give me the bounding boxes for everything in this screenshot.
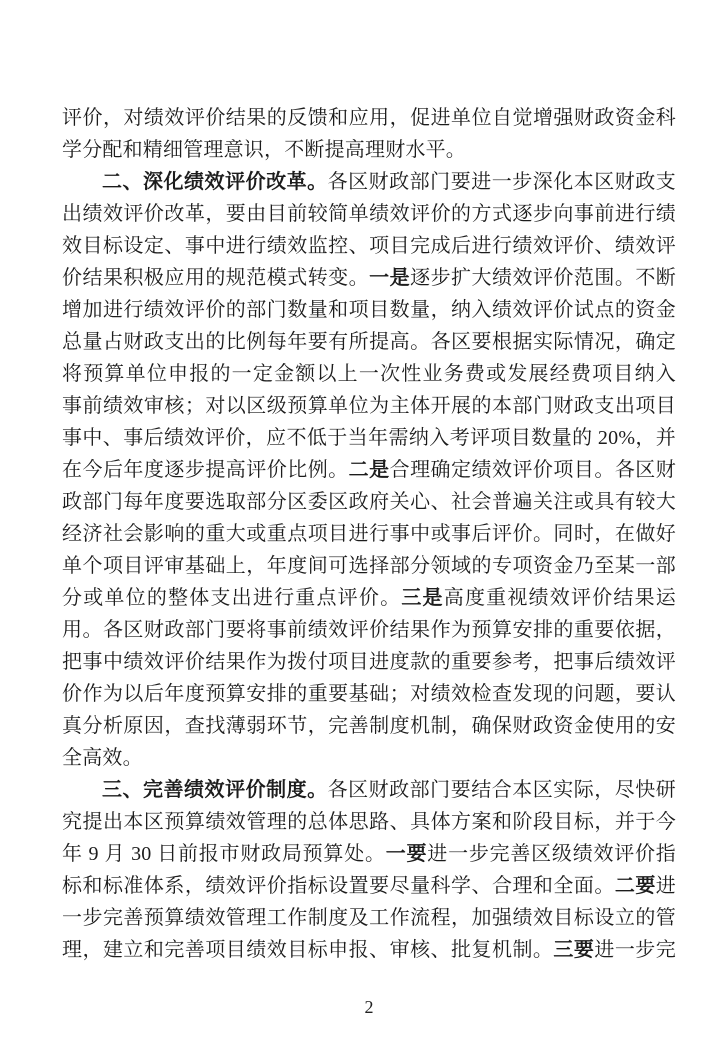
text-line: 评价，对绩效评价结果的反馈和应用，促进单位自觉增强财政资金科 [62,102,676,134]
text-line: 事中、事后绩效评价，应不低于当年需纳入考评项目数量的 20%，并 [62,422,676,454]
text-line: 二、深化绩效评价改革。各区财政部门要进一步深化本区财政支 [62,166,676,198]
text-line: 将预算单位申报的一定金额以上一次性业务费或发展经费项目纳入 [62,358,676,390]
text-line: 把事中绩效评价结果作为拨付项目进度款的重要参考，把事后绩效评 [62,646,676,678]
body-text: 全高效。 [62,747,143,769]
text-line: 三、完善绩效评价制度。各区财政部门要结合本区实际，尽快研 [62,774,676,806]
emphasis-text: 三要 [553,939,594,961]
text-line: 单个项目评审基础上，年度间可选择部分领域的专项资金乃至某一部 [62,550,676,582]
body-text: 进一步完善区级绩效评价指 [427,843,676,865]
body-text: 合理确定绩效评价项目。各区财 [390,459,676,481]
body-text: 年 9 月 30 日前报市财政局预算处。 [62,843,386,865]
emphasis-text: 二、深化绩效评价改革。 [102,171,328,193]
text-line: 真分析原因，查找薄弱环节，完善制度机制，确保财政资金使用的安 [62,710,676,742]
body-text: 高度重视绩效评价结果运 [444,587,676,609]
body-text: 进 [656,875,676,897]
body-text: 将预算单位申报的一定金额以上一次性业务费或发展经费项目纳入 [62,363,676,385]
body-text: 事中、事后绩效评价，应不低于当年需纳入考评项目数量的 20%，并 [62,427,676,449]
body-text: 用。各区财政部门要将事前绩效评价结果作为预算安排的重要依据， [62,619,676,641]
body-text: 进一步完 [594,939,676,961]
body-text: 评价，对绩效评价结果的反馈和应用，促进单位自觉增强财政资金科 [62,107,676,129]
text-line: 增加进行绩效评价的部门数量和项目数量，纳入绩效评价试点的资金 [62,294,676,326]
body-text: 增加进行绩效评价的部门数量和项目数量，纳入绩效评价试点的资金 [62,299,676,321]
body-text: 总量占财政支出的比例每年要有所提高。各区要根据实际情况，确定 [62,331,676,353]
emphasis-text: 三是 [401,587,443,609]
text-line: 经济社会影响的重大或重点项目进行事中或事后评价。同时，在做好 [62,518,676,550]
text-line: 事前绩效审核；对以区级预算单位为主体开展的本部门财政支出项目 [62,390,676,422]
emphasis-text: 二要 [615,875,656,897]
document-page: 评价，对绩效评价结果的反馈和应用，促进单位自觉增强财政资金科学分配和精细管理意识… [0,0,718,1047]
body-text: 价作为以后年度预算安排的重要基础；对绩效检查发现的问题，要认 [62,683,676,705]
text-line: 在今后年度逐步提高评价比例。二是合理确定绩效评价项目。各区财 [62,454,676,486]
body-text: 在今后年度逐步提高评价比例。 [62,459,349,481]
text-line: 全高效。 [62,742,676,774]
text-line: 出绩效评价改革，要由目前较简单绩效评价的方式逐步向事前进行绩 [62,198,676,230]
emphasis-text: 一要 [386,843,428,865]
document-body: 评价，对绩效评价结果的反馈和应用，促进单位自觉增强财政资金科学分配和精细管理意识… [62,102,676,966]
body-text: 各区财政部门要结合本区实际，尽快研 [328,779,676,801]
text-line: 学分配和精细管理意识，不断提高理财水平。 [62,134,676,166]
text-line: 效目标设定、事中进行绩效监控、项目完成后进行绩效评价、绩效评 [62,230,676,262]
body-text: 事前绩效审核；对以区级预算单位为主体开展的本部门财政支出项目 [62,395,676,417]
emphasis-text: 二是 [349,459,390,481]
body-text: 单个项目评审基础上，年度间可选择部分领域的专项资金乃至某一部 [62,555,676,577]
text-line: 价作为以后年度预算安排的重要基础；对绩效检查发现的问题，要认 [62,678,676,710]
body-text: 一步完善预算绩效管理工作制度及工作流程，加强绩效目标设立的管 [62,907,676,929]
body-text: 逐步扩大绩效评价范围。不断 [410,267,676,289]
text-line: 年 9 月 30 日前报市财政局预算处。一要进一步完善区级绩效评价指 [62,838,676,870]
text-line: 总量占财政支出的比例每年要有所提高。各区要根据实际情况，确定 [62,326,676,358]
text-line: 用。各区财政部门要将事前绩效评价结果作为预算安排的重要依据， [62,614,676,646]
text-line: 究提出本区预算绩效管理的总体思路、具体方案和阶段目标，并于今 [62,806,676,838]
emphasis-text: 一是 [369,267,410,289]
body-text: 把事中绩效评价结果作为拨付项目进度款的重要参考，把事后绩效评 [62,651,676,673]
text-line: 分或单位的整体支出进行重点评价。三是高度重视绩效评价结果运 [62,582,676,614]
page-number: 2 [62,997,676,1018]
body-text: 价结果积极应用的规范模式转变。 [62,267,369,289]
emphasis-text: 三、完善绩效评价制度。 [102,779,328,801]
body-text: 分或单位的整体支出进行重点评价。 [62,587,401,609]
body-text: 学分配和精细管理意识，不断提高理财水平。 [62,139,466,161]
body-text: 政部门每年度要选取部分区委区政府关心、社会普遍关注或具有较大 [62,491,676,513]
body-text: 理，建立和完善项目绩效目标申报、审核、批复机制。 [62,939,553,961]
body-text: 经济社会影响的重大或重点项目进行事中或事后评价。同时，在做好 [62,523,676,545]
body-text: 究提出本区预算绩效管理的总体思路、具体方案和阶段目标，并于今 [62,811,676,833]
text-line: 理，建立和完善项目绩效目标申报、审核、批复机制。三要进一步完 [62,934,676,966]
body-text: 出绩效评价改革，要由目前较简单绩效评价的方式逐步向事前进行绩 [62,203,676,225]
body-text: 各区财政部门要进一步深化本区财政支 [328,171,676,193]
text-line: 标和标准体系，绩效评价指标设置要尽量科学、合理和全面。二要进 [62,870,676,902]
text-line: 价结果积极应用的规范模式转变。一是逐步扩大绩效评价范围。不断 [62,262,676,294]
body-text: 效目标设定、事中进行绩效监控、项目完成后进行绩效评价、绩效评 [62,235,676,257]
body-text: 标和标准体系，绩效评价指标设置要尽量科学、合理和全面。 [62,875,615,897]
text-line: 一步完善预算绩效管理工作制度及工作流程，加强绩效目标设立的管 [62,902,676,934]
text-line: 政部门每年度要选取部分区委区政府关心、社会普遍关注或具有较大 [62,486,676,518]
body-text: 真分析原因，查找薄弱环节，完善制度机制，确保财政资金使用的安 [62,715,676,737]
